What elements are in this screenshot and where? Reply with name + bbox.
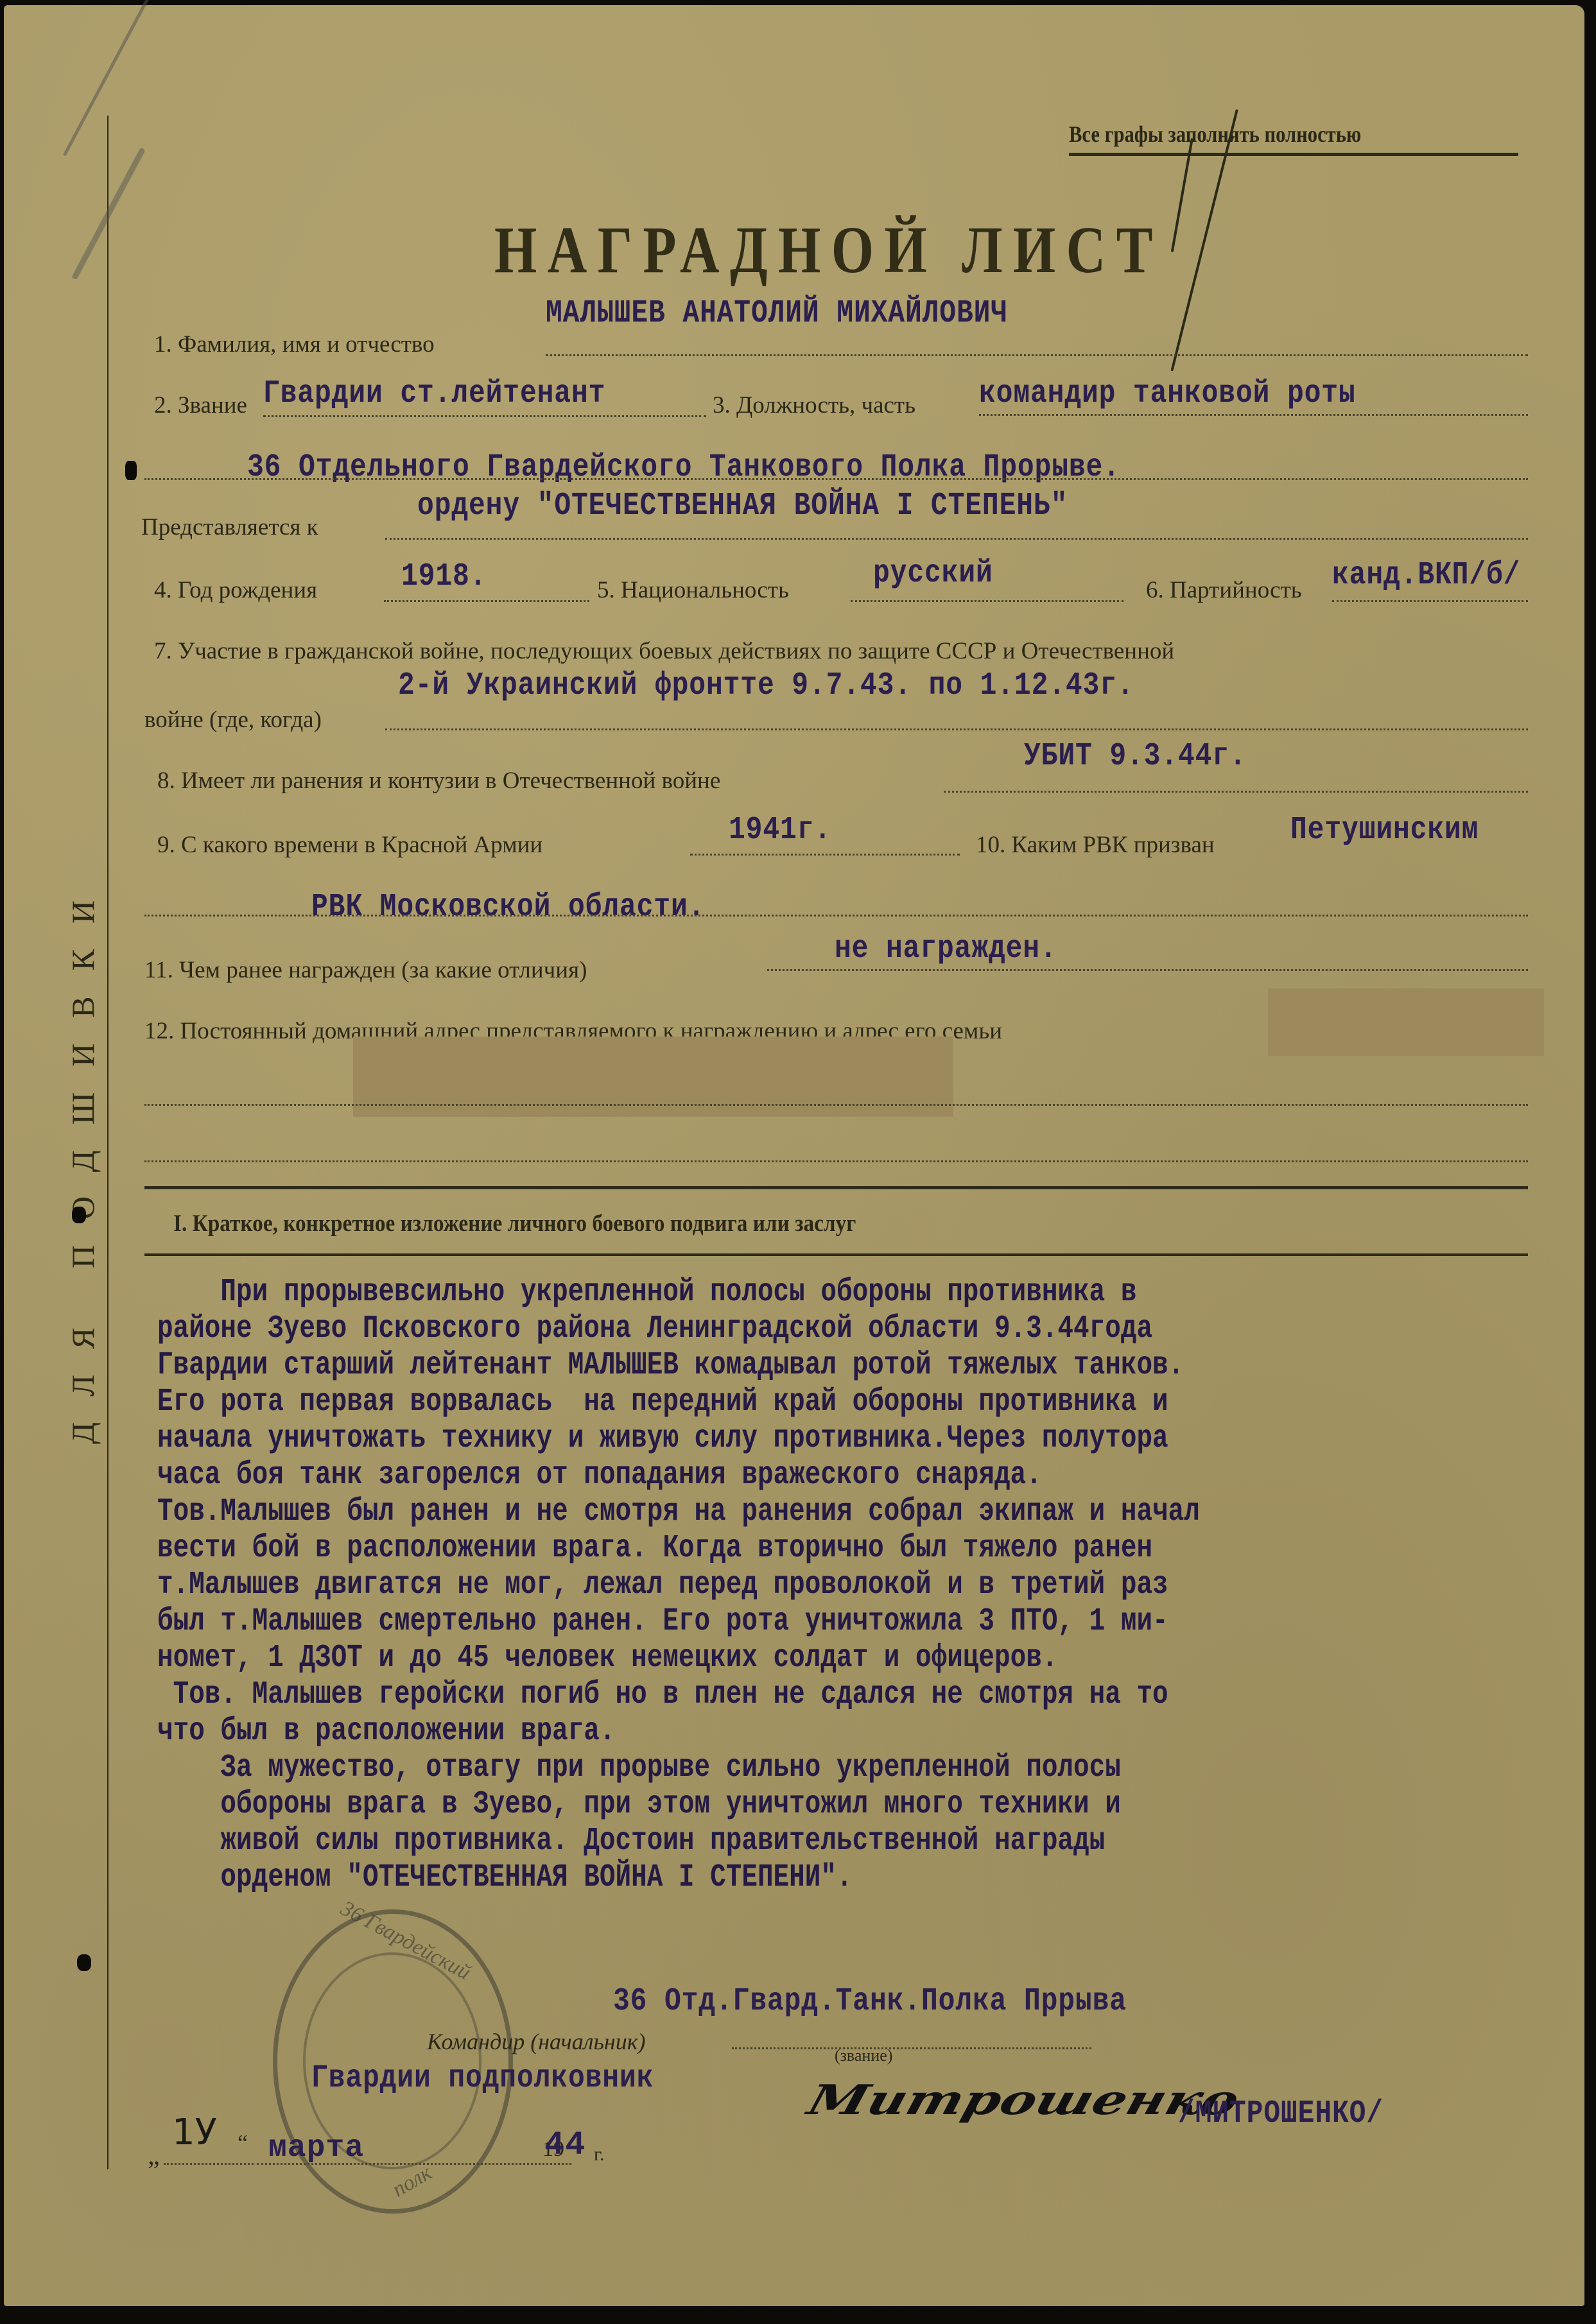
narrative-line: начала уничтожать технику и живую силу п… bbox=[157, 1420, 1337, 1457]
narrative-line: Гвардии старший лейтенант МАЛЫШЕВ комады… bbox=[157, 1347, 1337, 1384]
rank-line bbox=[263, 415, 706, 417]
war-participation-line bbox=[385, 728, 1528, 730]
nationality-label: 5. Национальность bbox=[597, 576, 789, 604]
date-month-line bbox=[257, 2163, 571, 2165]
army-since-line bbox=[690, 854, 960, 856]
position-label: 3. Должность, часть bbox=[713, 392, 915, 419]
section1-heading: I. Краткое, конкретное изложение личного… bbox=[173, 1210, 856, 1237]
header-underline bbox=[1069, 153, 1518, 156]
rvk-label: 10. Каким РВК призван bbox=[976, 831, 1215, 859]
narrative-line: При прорывевсильно укрепленной полосы об… bbox=[157, 1274, 1337, 1311]
prior-awards-value: не награжден. bbox=[835, 931, 1057, 967]
narrative-line: часа боя танк загорелся от попадания вра… bbox=[157, 1457, 1337, 1493]
narrative-line: Тов.Малышев был ранен и не смотря на ран… bbox=[157, 1493, 1337, 1530]
war-participation-label-cont: войне (где, когда) bbox=[144, 706, 322, 734]
wounds-line bbox=[944, 791, 1528, 793]
narrative-line: номет, 1 ДЗОТ и до 45 человек немецких с… bbox=[157, 1640, 1337, 1676]
army-since-label: 9. С какого времени в Красной Армии bbox=[157, 831, 542, 859]
war-participation-value: 2-й Украинский фронтте 9.7.43. по 1.12.4… bbox=[398, 667, 1134, 704]
narrative-line: был т.Малышев смертельно ранен. Его рота… bbox=[157, 1603, 1337, 1640]
party-label: 6. Партийность bbox=[1146, 576, 1302, 604]
date-quote-close: “ bbox=[238, 2130, 248, 2156]
unit-line bbox=[144, 478, 1528, 480]
party-value: канд.ВКП/б/ bbox=[1332, 557, 1520, 594]
narrative-line: что был в расположении врага. bbox=[157, 1713, 1337, 1750]
date-day: 1У bbox=[172, 2112, 217, 2153]
address-line-1 bbox=[144, 1104, 1528, 1106]
binding-hole bbox=[125, 461, 137, 480]
date-year-suffix: г. bbox=[594, 2144, 604, 2165]
full-name-line bbox=[546, 354, 1528, 356]
section-divider-top bbox=[144, 1186, 1528, 1189]
narrative-line: обороны врага в Зуево, при этом уничтожи… bbox=[157, 1786, 1337, 1823]
army-since-value: 1941г. bbox=[729, 812, 831, 848]
prior-awards-label: 11. Чем ранее награжден (за какие отличи… bbox=[144, 956, 587, 984]
party-line bbox=[1332, 600, 1528, 602]
prior-awards-line bbox=[767, 969, 1528, 971]
commander-rank: Гвардии подполковник bbox=[311, 2060, 654, 2097]
date-day-line bbox=[164, 2163, 254, 2165]
narrative-line: Тов. Малышев геройски погиб но в плен не… bbox=[157, 1676, 1337, 1713]
redacted-address-part1 bbox=[1268, 988, 1544, 1056]
section-divider-bottom bbox=[144, 1253, 1528, 1256]
birth-year-label: 4. Год рождения bbox=[154, 576, 317, 604]
nationality-value: русский bbox=[873, 555, 993, 592]
narrative-line: Его рота первая ворвалась на передний кр… bbox=[157, 1384, 1337, 1420]
narrative-line: За мужество, отвагу при прорыве сильно у… bbox=[157, 1750, 1337, 1786]
signature-unit: 36 Отд.Гвард.Танк.Полка Пррыва bbox=[613, 1983, 1127, 2020]
narrative-line: живой силы противника. Достоин правитель… bbox=[157, 1823, 1337, 1859]
birth-year-value: 1918. bbox=[401, 558, 487, 595]
narrative-line: т.Малышев двигатся не мог, лежал перед п… bbox=[157, 1567, 1337, 1603]
nationality-line bbox=[851, 600, 1123, 602]
narrative-line: районе Зуево Псковского района Ленинград… bbox=[157, 1311, 1337, 1347]
war-participation-label: 7. Участие в гражданской войне, последую… bbox=[154, 637, 1174, 665]
award-value: ордену "ОТЕЧЕСТВЕННАЯ ВОЙНА I СТЕПЕНЬ" bbox=[417, 488, 1068, 524]
narrative-line: вести бой в расположении врага. Когда вт… bbox=[157, 1530, 1337, 1567]
rank-label: 2. Звание bbox=[154, 392, 247, 419]
position-value: командир танковой роты bbox=[979, 375, 1356, 412]
full-name-value: МАЛЫШЕВ АНАТОЛИЙ МИХАЙЛОВИЧ bbox=[546, 295, 1008, 332]
date-year: 44 bbox=[544, 2126, 585, 2164]
date-month: марта bbox=[268, 2131, 364, 2165]
position-line bbox=[979, 414, 1528, 416]
binding-margin-label: ДЛЯ ПОДШИВКИ bbox=[64, 875, 101, 1444]
rvk-line bbox=[144, 915, 1528, 917]
wounds-value: УБИТ 9.3.44г. bbox=[1024, 738, 1247, 775]
page-title: НАГРАДНОЙ ЛИСТ bbox=[494, 212, 1163, 288]
commander-label: Командир (начальник) bbox=[427, 2028, 646, 2055]
rvk-value: Петушинским bbox=[1290, 812, 1479, 848]
section1-narrative: При прорывевсильно укрепленной полосы об… bbox=[157, 1274, 1595, 1896]
full-name-label: 1. Фамилия, имя и отчество bbox=[154, 331, 435, 358]
rank-caption: (звание) bbox=[835, 2046, 892, 2065]
narrative-line: орденом "ОТЕЧЕСТВЕННАЯ ВОЙНА I СТЕПЕНИ". bbox=[157, 1859, 1337, 1896]
commander-line bbox=[732, 2047, 1091, 2049]
rank-value: Гвардии ст.лейтенант bbox=[263, 375, 605, 412]
wounds-label: 8. Имеет ли ранения и контузии в Отечест… bbox=[157, 767, 720, 795]
rvk-value-cont: РВК Московской области. bbox=[311, 889, 705, 925]
commander-name: /МИТРОШЕНКО/ bbox=[1178, 2096, 1383, 2132]
binding-margin-line bbox=[107, 116, 108, 2169]
binding-hole bbox=[72, 1207, 86, 1223]
unit-value: 36 Отдельного Гвардейского Танкового Пол… bbox=[247, 449, 1120, 486]
award-line bbox=[385, 538, 1528, 540]
birth-year-line bbox=[384, 600, 589, 602]
header-note: Все графы заполнять полностью bbox=[1069, 121, 1361, 148]
award-label: Представляется к bbox=[141, 513, 318, 541]
binding-hole bbox=[77, 1954, 91, 1971]
address-line-2 bbox=[144, 1160, 1528, 1162]
date-quote-open: „ bbox=[148, 2140, 160, 2171]
